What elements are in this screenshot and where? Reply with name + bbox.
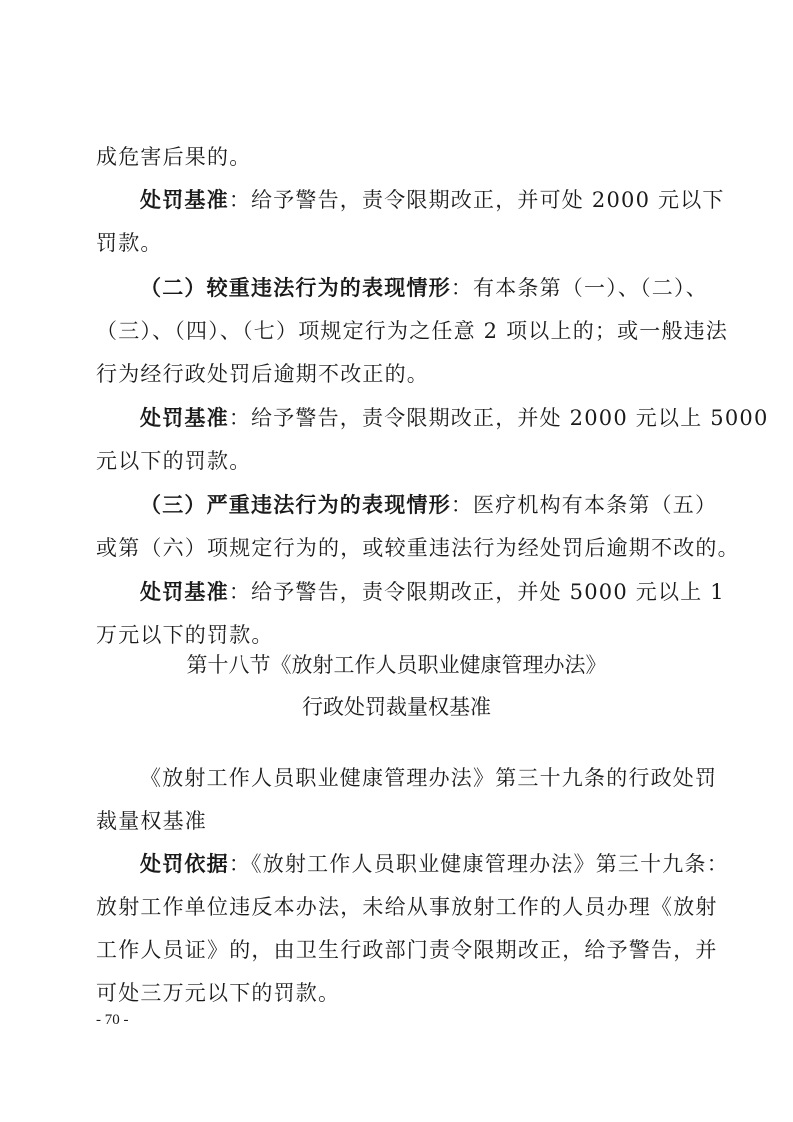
page-number: - 70 - <box>96 1010 129 1030</box>
paragraph-line: 行为经行政处罚后逾期不改正的。 <box>96 359 696 389</box>
paragraph-line: 放射工作单位违反本办法，未给从事放射工作的人员办理《放射 <box>96 892 696 922</box>
paragraph-line: 处罚基准：给予警告，责令限期改正，并处 2000 元以上 5000 <box>140 403 740 433</box>
paragraph-line: 《放射工作人员职业健康管理办法》第三十九条的行政处罚 <box>140 763 740 793</box>
paragraph-line: 处罚基准：给予警告，责令限期改正，并可处 2000 元以下 <box>140 185 740 215</box>
paragraph-line: （三）、（四）、（七）项规定行为之任意 2 项以上的；或一般违法 <box>96 316 696 346</box>
label-penalty-standard: 处罚基准 <box>140 580 229 604</box>
paragraph-line: 可处三万元以下的罚款。 <box>96 978 696 1008</box>
document-page: 成危害后果的。 处罚基准：给予警告，责令限期改正，并可处 2000 元以下 罚款… <box>0 0 793 1122</box>
paragraph-text: ：给予警告，责令限期改正，并可处 2000 元以下 <box>229 188 725 212</box>
paragraph-text: ：有本条第（一）、（二）、 <box>451 276 708 300</box>
paragraph-line: （二）较重违法行为的表现情形：有本条第（一）、（二）、 <box>140 273 740 303</box>
paragraph-text: ：给予警告，责令限期改正，并处 5000 元以上 1 <box>229 580 725 604</box>
paragraph-line: 处罚基准：给予警告，责令限期改正，并处 5000 元以上 1 <box>140 577 740 607</box>
paragraph-text: ：《放射工作人员职业健康管理办法》第三十九条： <box>229 852 729 876</box>
paragraph-line: 或第（六）项规定行为的，或较重违法行为经处罚后逾期不改的。 <box>96 533 696 563</box>
paragraph-line: 处罚依据：《放射工作人员职业健康管理办法》第三十九条： <box>140 849 740 879</box>
section-heading-line1: 第十八节《放射工作人员职业健康管理办法》 <box>0 650 793 680</box>
paragraph-text: ：医疗机构有本条第（五） <box>451 493 717 517</box>
section-heading-line2: 行政处罚裁量权基准 <box>0 692 793 722</box>
paragraph-line: 裁量权基准 <box>96 806 696 836</box>
paragraph-text: ：给予警告，责令限期改正，并处 2000 元以上 5000 <box>229 406 769 430</box>
paragraph-line: 罚款。 <box>96 228 696 258</box>
paragraph-line: 成危害后果的。 <box>96 142 696 172</box>
label-penalty-basis: 处罚依据 <box>140 852 229 876</box>
paragraph-line: （三）严重违法行为的表现情形：医疗机构有本条第（五） <box>140 490 740 520</box>
label-penalty-standard: 处罚基准 <box>140 188 229 212</box>
label-serious-violation: （二）较重违法行为的表现情形 <box>140 276 451 300</box>
label-severe-violation: （三）严重违法行为的表现情形 <box>140 493 451 517</box>
paragraph-line: 元以下的罚款。 <box>96 446 696 476</box>
paragraph-line: 万元以下的罚款。 <box>96 620 696 650</box>
label-penalty-standard: 处罚基准 <box>140 406 229 430</box>
paragraph-line: 工作人员证》的，由卫生行政部门责令限期改正，给予警告，并 <box>96 935 696 965</box>
